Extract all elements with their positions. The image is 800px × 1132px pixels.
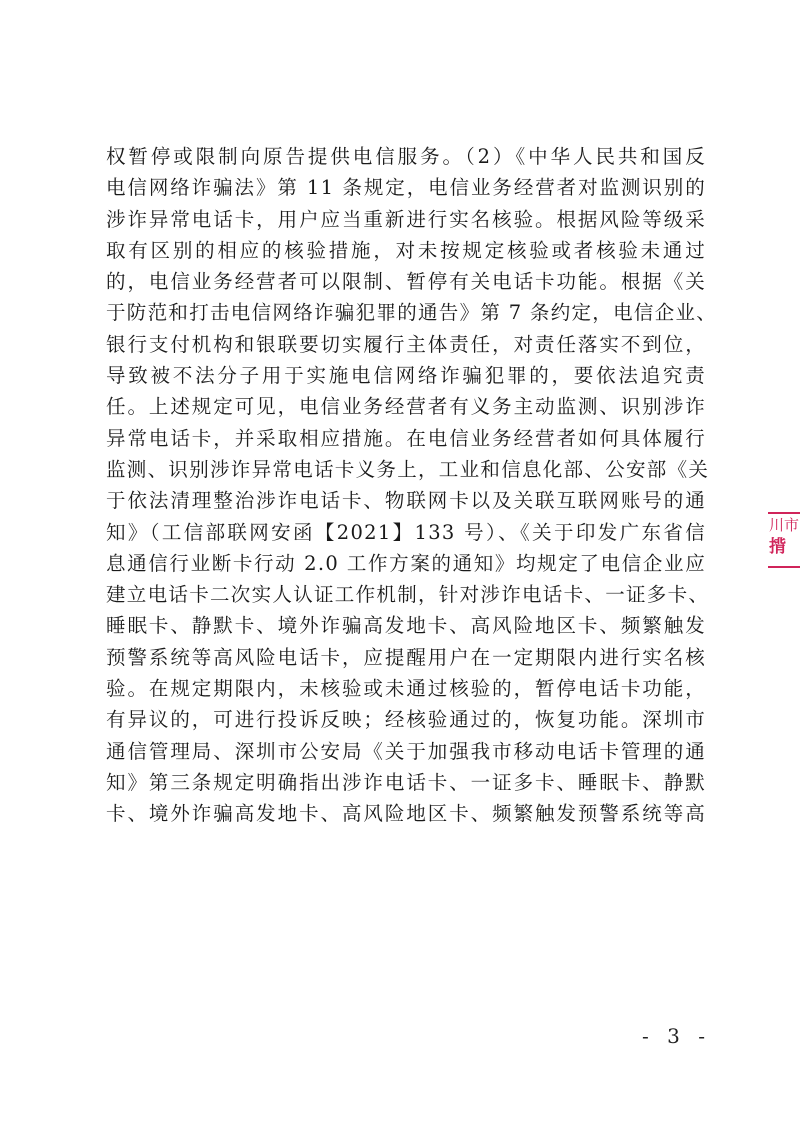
text-line: 息通信行业断卡行动 2.0 工作方案的通知》均规定了电信企业应: [106, 548, 706, 579]
text-line: 于防范和打击电信网络诈骗犯罪的通告》第 7 条约定，电信企业、: [106, 297, 706, 328]
seal-stamp-fragment: 川市 揹: [768, 512, 800, 568]
text-line: 涉诈异常电话卡，用户应当重新进行实名核验。根据风险等级采: [106, 204, 706, 235]
text-line: 验。在规定期限内，未核验或未通过核验的，暂停电话卡功能，: [106, 673, 706, 704]
document-page: 权暂停或限制向原告提供电信服务。（2）《中华人民共和国反 电信网络诈骗法》第 1…: [0, 0, 800, 1132]
stamp-text-row-1: 川市: [768, 514, 800, 536]
text-line: 卡、境外诈骗高发地卡、高风险地区卡、频繁触发预警系统等高: [106, 798, 706, 829]
text-line: 导致被不法分子用于实施电信网络诈骗犯罪的，要依法追究责: [106, 360, 706, 391]
page-number: - 3 -: [642, 1024, 711, 1048]
text-line: 任。上述规定可见，电信业务经营者有义务主动监测、识别涉诈: [106, 391, 706, 422]
stamp-text-row-2: 揹: [768, 536, 800, 558]
text-line: 取有区别的相应的核验措施，对未按规定核验或者核验未通过: [106, 235, 706, 266]
text-line: 权暂停或限制向原告提供电信服务。（2）《中华人民共和国反: [106, 141, 706, 172]
text-line: 知》（工信部联网安函【2021】133 号）、《关于印发广东省信: [106, 517, 706, 548]
text-line: 于依法清理整治涉诈电话卡、物联网卡以及关联互联网账号的通: [106, 485, 706, 516]
text-line: 有异议的，可进行投诉反映；经核验通过的，恢复功能。深圳市: [106, 704, 706, 735]
text-line: 监测、识别涉诈异常电话卡义务上，工业和信息化部、公安部《关: [106, 454, 706, 485]
text-line: 银行支付机构和银联要切实履行主体责任，对责任落实不到位，: [106, 329, 706, 360]
text-line: 睡眠卡、静默卡、境外诈骗高发地卡、高风险地区卡、频繁触发: [106, 610, 706, 641]
text-line: 知》第三条规定明确指出涉诈电话卡、一证多卡、睡眠卡、静默: [106, 767, 706, 798]
text-line: 通信管理局、深圳市公安局《关于加强我市移动电话卡管理的通: [106, 736, 706, 767]
body-text: 权暂停或限制向原告提供电信服务。（2）《中华人民共和国反 电信网络诈骗法》第 1…: [106, 141, 706, 830]
text-line: 电信网络诈骗法》第 11 条规定，电信业务经营者对监测识别的: [106, 172, 706, 203]
text-line: 预警系统等高风险电话卡，应提醒用户在一定期限内进行实名核: [106, 642, 706, 673]
text-line: 异常电话卡，并采取相应措施。在电信业务经营者如何具体履行: [106, 423, 706, 454]
text-line: 建立电话卡二次实人认证工作机制，针对涉诈电话卡、一证多卡、: [106, 579, 706, 610]
text-line: 的，电信业务经营者可以限制、暂停有关电话卡功能。根据《关: [106, 266, 706, 297]
